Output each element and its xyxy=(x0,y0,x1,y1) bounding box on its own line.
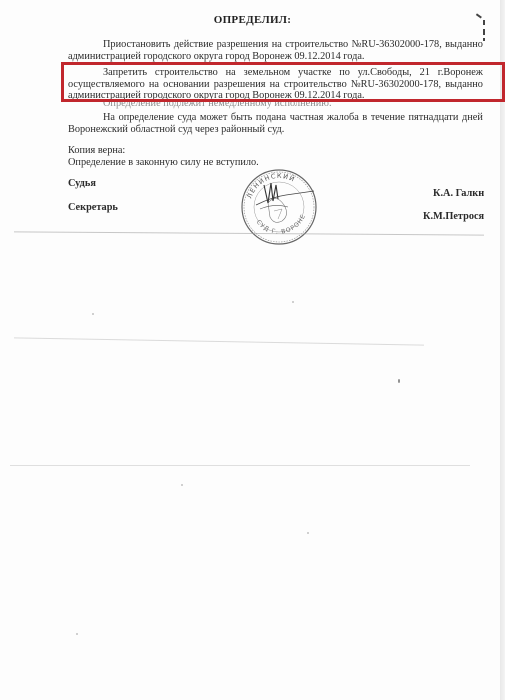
not-in-force-note: Определение в законную силу не вступило. xyxy=(68,157,259,169)
ruling-heading: ОПРЕДЕЛИЛ: xyxy=(0,14,505,26)
scan-speck xyxy=(181,484,183,486)
word: быть xyxy=(231,112,252,124)
word: ул.Свободы, xyxy=(358,67,412,79)
scan-speck xyxy=(398,379,400,383)
scan-speck xyxy=(292,301,294,303)
word: г.Воронеж xyxy=(438,67,483,79)
paragraph-immediate-execution: Определение подлежит немедленному исполн… xyxy=(103,101,332,109)
scanned-document-page: ОПРЕДЕЛИЛ: Приостановить действие разреш… xyxy=(0,0,505,700)
word: по xyxy=(339,67,350,79)
word: Приостановить xyxy=(103,39,171,51)
word: действие xyxy=(174,39,213,51)
paragraph-appeal-line2: Воронежский областной суд через районный… xyxy=(68,124,284,136)
word: Запретить xyxy=(103,67,147,79)
copy-true-label: Копия верна: xyxy=(68,145,125,157)
word: выданно xyxy=(445,79,483,91)
word: на xyxy=(226,67,236,79)
word: пятнадцати xyxy=(409,112,459,124)
judge-label: Судья xyxy=(68,178,96,190)
word: разрешения xyxy=(217,39,269,51)
word: на xyxy=(272,39,282,51)
word: определение xyxy=(119,112,174,124)
paragraph-suspend-line2: администрацией городского округа город В… xyxy=(68,51,448,62)
word: течение xyxy=(371,112,405,124)
word: суда xyxy=(178,112,197,124)
scan-fold-line xyxy=(14,337,424,345)
word: земельном xyxy=(244,67,291,79)
secretary-label: Секретарь xyxy=(68,202,118,214)
word: 21 xyxy=(420,67,430,79)
word: №RU-36302000-178, xyxy=(352,39,442,51)
scan-speck xyxy=(76,633,78,635)
word: жалоба xyxy=(327,112,359,124)
paragraph-prohibit-line1: Запретить строительство на земельном уча… xyxy=(103,67,483,79)
word: в xyxy=(362,112,367,124)
word: строительство xyxy=(285,39,348,51)
page-edge-shadow xyxy=(500,0,505,700)
word: подана xyxy=(256,112,286,124)
word: участке xyxy=(298,67,331,79)
word: выданно xyxy=(445,39,483,51)
word: дней xyxy=(462,112,483,124)
scan-speck xyxy=(307,532,309,534)
word: На xyxy=(103,112,115,124)
word: может xyxy=(200,112,227,124)
judge-name: К.А. Галкн xyxy=(433,188,484,200)
word: частная xyxy=(290,112,324,124)
scan-fold-line xyxy=(10,465,470,466)
scan-speck xyxy=(92,313,94,315)
paragraph-appeal-line1: На определение суда может быть подана ча… xyxy=(103,112,483,124)
paragraph-suspend-line1: Приостановить действие разрешения на стр… xyxy=(103,39,483,51)
word: строительство xyxy=(155,67,218,79)
secretary-name: К.М.Петрося xyxy=(423,211,484,223)
